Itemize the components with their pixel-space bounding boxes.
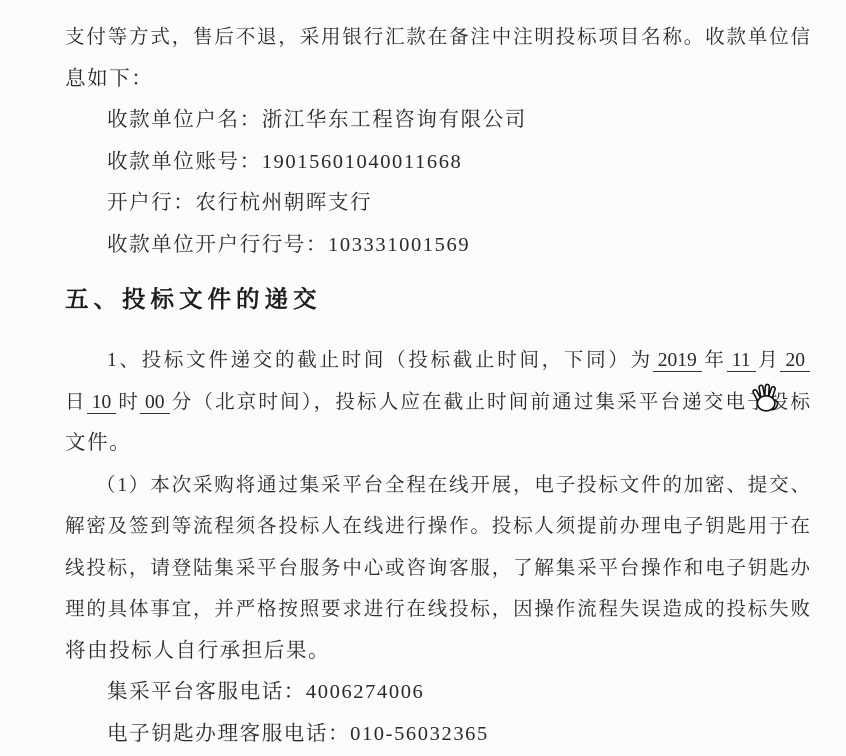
text-segment: 解密及签到等流程须各投标人在线进行操作。投标人须提前办理电子钥匙用于在 (65, 516, 810, 537)
payment-intro-line-1: 支付等方式，售后不退，采用银行汇款在备注中注明投标项目名称。收款单位信 (65, 17, 810, 59)
deadline-day: 20 (780, 350, 810, 372)
payee-name-line: 收款单位户名：浙江华东工程咨询有限公司 (65, 100, 810, 142)
text-segment: 时 (116, 392, 140, 413)
payee-bank-line: 开户行：农行杭州朝晖支行 (65, 183, 810, 225)
text-segment: 分（北京时间），投标人应在截止时间前通过集采平台递交电子投标 (170, 392, 810, 413)
deadline-line-1: 1、投标文件递交的截止时间（投标截止时间，下同）为2019年11月20 (65, 340, 810, 382)
platform-hotline-line: 集采平台客服电话：4006274006 (65, 672, 810, 714)
text-segment: 收款单位户名：浙江华东工程咨询有限公司 (107, 109, 527, 131)
payment-intro-line-2: 息如下： (65, 59, 810, 101)
text-segment: 月 (756, 350, 781, 371)
online-process-line-3: 线投标，请登陆集采平台服务中心或咨询客服，了解集采平台操作和电子钥匙办 (65, 548, 810, 590)
text-segment: 收款单位开户行行号：103331001569 (107, 234, 470, 256)
text-segment: 线投标，请登陆集采平台服务中心或咨询客服，了解集采平台操作和电子钥匙办 (65, 558, 810, 579)
text-segment: 年 (702, 350, 727, 371)
text-segment: 电子钥匙办理客服电话：010-56032365 (107, 723, 489, 745)
text-segment: （1）本次采购将通过集采平台全程在线开展，电子投标文件的加密、提交、 (96, 475, 810, 496)
document-content: 支付等方式，售后不退，采用银行汇款在备注中注明投标项目名称。收款单位信息如下：收… (65, 17, 810, 755)
text-segment: 日 (65, 392, 87, 413)
section-heading: 五、投标文件的递交 (65, 276, 810, 322)
text-segment: 1、投标文件递交的截止时间（投标截止时间，下同）为 (107, 350, 653, 371)
text-segment: 支付等方式，售后不退，采用银行汇款在备注中注明投标项目名称。收款单位信 (65, 27, 810, 48)
payee-bank-code-line: 收款单位开户行行号：103331001569 (65, 225, 810, 267)
deadline-hour: 10 (87, 392, 117, 414)
deadline-month: 11 (727, 350, 756, 372)
text-segment: 集采平台客服电话：4006274006 (107, 681, 424, 703)
online-process-line-2: 解密及签到等流程须各投标人在线进行操作。投标人须提前办理电子钥匙用于在 (65, 506, 810, 548)
ekey-hotline-line: 电子钥匙办理客服电话：010-56032365 (65, 714, 810, 756)
payee-account-line: 收款单位账号：19015601040011668 (65, 142, 810, 184)
text-segment: 五、投标文件的递交 (65, 286, 322, 312)
deadline-minute: 00 (140, 392, 170, 414)
online-process-line-1: （1）本次采购将通过集采平台全程在线开展，电子投标文件的加密、提交、 (65, 465, 810, 507)
deadline-line-3: 文件。 (65, 423, 810, 465)
online-process-line-5: 将由投标人自行承担后果。 (65, 631, 810, 673)
deadline-line-2: 日10时00分（北京时间），投标人应在截止时间前通过集采平台递交电子投标 (65, 382, 810, 424)
text-segment: 开户行：农行杭州朝晖支行 (107, 192, 372, 214)
document-page[interactable]: 支付等方式，售后不退，采用银行汇款在备注中注明投标项目名称。收款单位信息如下：收… (0, 0, 846, 756)
text-segment: 理的具体事宜，并严格按照要求进行在线投标，因操作流程失误造成的投标失败 (65, 599, 810, 620)
text-segment: 文件。 (65, 432, 131, 454)
deadline-year: 2019 (653, 350, 702, 372)
online-process-line-4: 理的具体事宜，并严格按照要求进行在线投标，因操作流程失误造成的投标失败 (65, 589, 810, 631)
text-segment: 息如下： (65, 68, 153, 90)
text-segment: 收款单位账号：19015601040011668 (107, 151, 462, 173)
text-segment: 将由投标人自行承担后果。 (65, 640, 330, 662)
